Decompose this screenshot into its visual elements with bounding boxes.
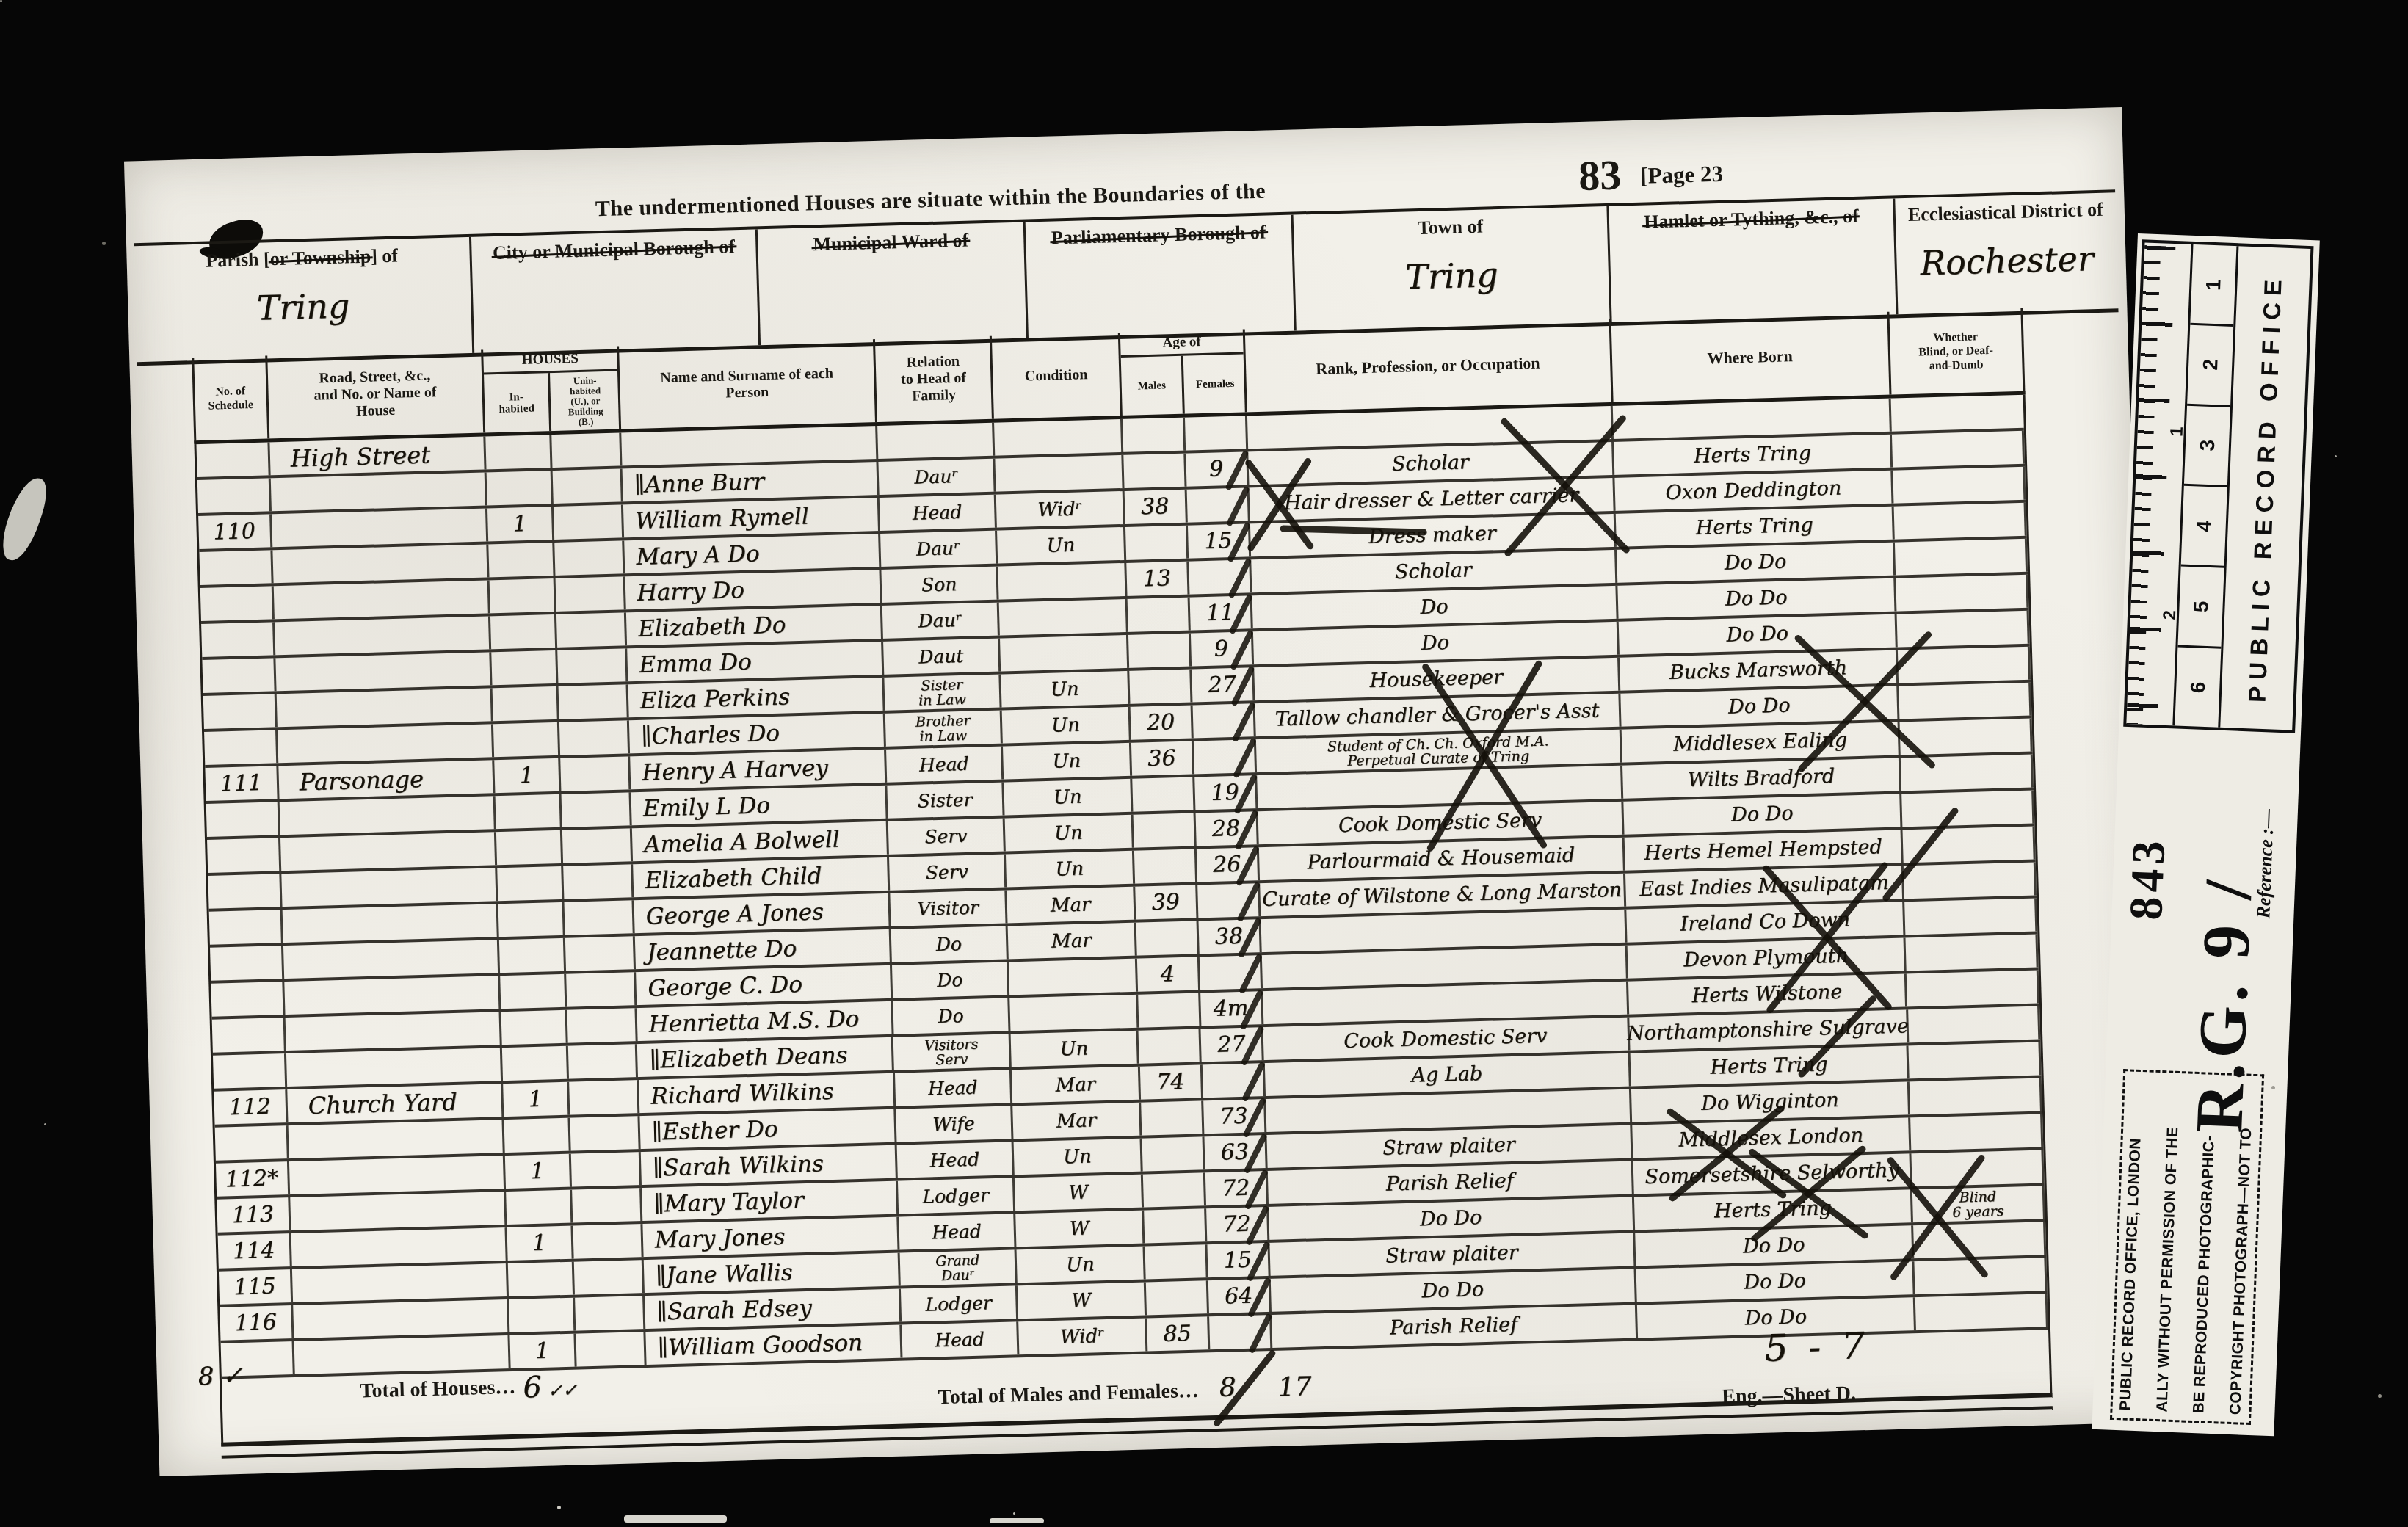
cell-name: ∥Anne Burr [622, 462, 879, 501]
cell-relation: Head [899, 1214, 1017, 1249]
cell-road [279, 796, 496, 835]
cell-age_m [1143, 1172, 1206, 1207]
cell-condition: Un [1002, 707, 1131, 744]
total-houses-value: 6✓✓ [523, 1370, 578, 1405]
cell-name: William Rymell [623, 498, 880, 537]
cell-age_m [1141, 1100, 1204, 1135]
cell-name: Emily L Do [631, 786, 888, 825]
cell-age_m [1145, 1244, 1208, 1279]
cell-relation: Visitor [890, 890, 1008, 926]
cell-born: Bucks Marsworth [1620, 650, 1899, 691]
cell-condition: Un [1003, 743, 1132, 780]
cell-age_m [1134, 813, 1197, 847]
film-edge-mark [990, 1518, 1044, 1523]
cell-infirmity [1909, 1042, 2042, 1078]
cell-schedule [215, 1125, 289, 1161]
col-header-females: Females [1183, 354, 1247, 413]
col-header-schedule: No. ofSchedule [194, 355, 269, 440]
cell-infirmity [1898, 647, 2031, 683]
col-header-males: Males [1121, 356, 1185, 416]
location-label: Hamlet or Tything, &c., of [1609, 204, 1894, 233]
cell-road [291, 1227, 507, 1266]
cell-inhabited [493, 722, 560, 757]
cell-uninhabited [576, 1332, 646, 1367]
cell-inhabited [490, 614, 557, 649]
cell-name: Elizabeth Child [633, 857, 890, 897]
cell-inhabited [500, 974, 567, 1009]
cell-road [293, 1299, 509, 1338]
cell-inhabited [498, 902, 565, 937]
cell-name: George C. Do [636, 965, 893, 1005]
cell-born: Herts Tring [1631, 1045, 1910, 1086]
cell-schedule: 112* [216, 1161, 290, 1197]
cell-age_m [1138, 993, 1201, 1027]
cell-infirmity [1911, 1114, 2044, 1150]
cell-age_m: 85 [1147, 1316, 1210, 1351]
cell-relation: Dauʳ [882, 603, 1001, 639]
cell-inhabited [497, 866, 564, 901]
cell-uninhabited [572, 1188, 642, 1223]
cell-uninhabited [559, 720, 630, 755]
location-label: Ecclesiastical District of [1895, 198, 2116, 226]
cell-uninhabited [561, 792, 631, 827]
cell-road [294, 1335, 510, 1374]
cell-relation: Serv [889, 854, 1007, 890]
cell-road [271, 472, 487, 511]
cell-infirmity [1910, 1078, 2042, 1114]
cell-uninhabited [568, 1044, 639, 1079]
cell-condition: Widʳ [996, 491, 1125, 528]
col-header-age-title: Age of [1120, 329, 1244, 358]
cell-uninhabited [556, 612, 627, 648]
cell-born: Herts Hemel Hempsted [1625, 830, 1904, 870]
cell-infirmity [1908, 1006, 2041, 1042]
cell-age_m [1136, 921, 1200, 955]
copyright-line: PUBLIC RECORD OFFICE, LONDON [2117, 1078, 2147, 1411]
cell-name: ∥Sarah Edsey [645, 1289, 902, 1329]
cell-age_m: 4 [1137, 957, 1200, 991]
cell-born [1613, 399, 1892, 439]
location-cell: Hamlet or Tything, &c., of [1609, 198, 1898, 322]
cell-schedule [210, 946, 284, 981]
cell-uninhabited [570, 1116, 640, 1151]
cell-road [281, 868, 498, 907]
cell-relation: Son [881, 567, 999, 603]
total-houses-label: Total of Houses… [251, 1376, 516, 1407]
cell-inhabited: 1 [510, 1334, 577, 1368]
cell-schedule [212, 1018, 286, 1053]
cell-inhabited [509, 1298, 576, 1332]
cell-inhabited [490, 578, 556, 613]
cell-relation: Wife [896, 1106, 1014, 1142]
cell-born: Oxon Deddington [1615, 471, 1894, 511]
cell-age_m: 20 [1131, 706, 1194, 740]
cell-name: Henry A Harvey [630, 750, 887, 789]
cell-relation [877, 423, 996, 459]
cell-condition: Un [997, 527, 1126, 564]
cell-condition [1009, 959, 1138, 995]
cell-relation: Head [895, 1070, 1013, 1106]
cell-uninhabited [574, 1260, 645, 1295]
cell-age_m [1144, 1208, 1207, 1243]
col-header-condition: Condition [992, 333, 1123, 419]
cell-infirmity [1907, 970, 2039, 1006]
location-cell: City or Municipal Borough of [471, 229, 761, 352]
cell-condition [996, 455, 1125, 492]
cell-condition: Un [1014, 1139, 1143, 1175]
cell-relation: Head [886, 747, 1004, 783]
cell-infirmity [1906, 935, 2039, 971]
cell-schedule [206, 802, 280, 837]
cell-schedule [209, 910, 283, 945]
cell-road [290, 1192, 507, 1230]
cell-uninhabited [552, 468, 623, 504]
cell-age_m: 38 [1125, 490, 1188, 524]
cell-infirmity [1892, 431, 2025, 468]
census-page: The undermentioned Houses are situate wi… [124, 107, 2157, 1476]
ruler-scale-cell: 4 [2181, 486, 2227, 568]
cell-road: Church Yard [287, 1084, 504, 1122]
cell-relation: Do [891, 926, 1009, 962]
location-label: Town of [1294, 212, 1608, 243]
cell-road [273, 580, 490, 619]
cell-inhabited [488, 543, 555, 577]
location-cell: Ecclesiastical District ofRochester [1895, 192, 2118, 314]
cell-infirmity [1893, 467, 2026, 504]
cell-infirmity [1915, 1258, 2048, 1294]
cell-name [621, 426, 878, 465]
cell-inhabited: 1 [505, 1154, 572, 1189]
cell-condition: Mar [1007, 887, 1136, 924]
cell-relation: Brotherin Law [885, 711, 1004, 747]
cell-name: ∥Elizabeth Deans [637, 1037, 894, 1077]
cell-road [283, 940, 500, 979]
cell-inhabited [485, 435, 552, 469]
cell-relation: Do [892, 962, 1010, 998]
cell-schedule: 115 [219, 1269, 293, 1305]
film-dust [0, 0, 2, 2]
cell-condition [998, 563, 1128, 600]
cell-inhabited: 1 [494, 758, 561, 793]
ruler-number: 2 [2160, 609, 2180, 620]
cell-schedule [196, 442, 270, 477]
copyright-line: BE REPRODUCED PHOTOGRAPHIC- [2190, 1081, 2220, 1414]
cell-schedule: 113 [217, 1197, 291, 1233]
cell-inhabited [501, 1010, 568, 1045]
cell-name: ∥William Goodson [645, 1325, 902, 1365]
cell-born: Do Do [1617, 543, 1896, 583]
cell-age_m [1125, 526, 1189, 560]
cell-infirmity [1899, 683, 2032, 719]
cell-inhabited: 1 [503, 1082, 570, 1117]
cell-inhabited [491, 650, 558, 685]
location-label: Parliamentary Borough of [1026, 221, 1292, 250]
cell-road [275, 652, 492, 691]
cell-road [289, 1156, 506, 1194]
microfilm-scan: The undermentioned Houses are situate wi… [0, 0, 2408, 1527]
ruler-scale-cell: 6 [2175, 648, 2221, 728]
cell-inhabited [506, 1190, 573, 1225]
cell-schedule [203, 694, 278, 729]
ruler-scale-cell: 1 [2190, 244, 2236, 327]
cell-infirmity [1902, 791, 2035, 827]
cell-name: Eliza Perkins [628, 678, 885, 717]
cell-road [272, 508, 488, 547]
cell-born: Do Do [1618, 578, 1897, 619]
cell-name: ∥Sarah Wilkins [640, 1145, 897, 1185]
cell-age_m [1142, 1136, 1205, 1171]
cell-uninhabited [571, 1152, 642, 1187]
col-header-name: Name and Surname of eachPerson [619, 339, 877, 429]
reference-piece: 843 [2119, 835, 2176, 921]
cell-age_m [1128, 634, 1192, 668]
cell-age_m [1139, 1029, 1202, 1063]
cell-schedule [208, 874, 282, 909]
cell-relation: Lodger [898, 1178, 1016, 1214]
cell-condition: Mar [1008, 923, 1137, 960]
cell-uninhabited [554, 540, 625, 576]
folio-number: 83 [1578, 150, 1622, 200]
cell-relation: Dauʳ [878, 459, 996, 495]
cell-name: ∥Mary Taylor [642, 1181, 899, 1221]
cell-age_f [1185, 416, 1248, 450]
film-edge-mark [624, 1515, 727, 1523]
cell-schedule [213, 1053, 287, 1089]
cell-inhabited: 1 [487, 507, 554, 541]
cell-name: Emma Do [627, 642, 884, 681]
cell-uninhabited [563, 864, 634, 899]
cell-schedule: 116 [220, 1305, 294, 1341]
cell-inhabited [499, 938, 566, 973]
cell-relation: Head [896, 1142, 1015, 1178]
location-cell: Municipal Ward of [758, 222, 1029, 345]
cell-born: Northamptonshire Sulgrave [1629, 1009, 1909, 1050]
cell-schedule: 114 [218, 1233, 292, 1269]
cell-condition [1000, 635, 1129, 672]
location-cell: Parliamentary Borough of [1026, 215, 1297, 338]
cell-age_m [1134, 849, 1197, 883]
cell-condition: Un [1017, 1247, 1146, 1283]
location-value: Rochester [1896, 238, 2117, 283]
cell-uninhabited [564, 900, 634, 935]
cell-relation: Head [902, 1321, 1020, 1357]
cell-uninhabited [567, 1008, 637, 1043]
cell-name: Mary Jones [642, 1217, 899, 1257]
cell-condition [994, 419, 1123, 456]
cell-born: Wilts Bradford [1622, 758, 1901, 798]
cell-age_m: 74 [1140, 1064, 1203, 1099]
ruler-scale-cell: 3 [2184, 405, 2230, 487]
cell-road [288, 1120, 504, 1158]
cell-road [285, 1012, 501, 1051]
cell-road [276, 688, 493, 727]
cell-infirmity [1901, 755, 2034, 791]
cell-name: Amelia A Bolwell [631, 821, 888, 861]
cell-condition [999, 599, 1128, 636]
cell-born: Do Do [1636, 1261, 1915, 1302]
col-header-occupation: Rank, Profession, or Occupation [1245, 319, 1613, 412]
cell-relation: Head [880, 495, 998, 531]
ruler-scale-cell: 2 [2187, 325, 2233, 407]
cell-infirmity [1905, 899, 2038, 935]
cell-age_m [1146, 1280, 1209, 1315]
cell-road: Parsonage [278, 760, 495, 799]
cell-age_m: 13 [1126, 562, 1189, 596]
cell-name: ∥Jane Wallis [643, 1253, 900, 1293]
copyright-line: ALLY WITHOUT PERMISSION OF THE [2153, 1080, 2183, 1412]
cell-road [272, 544, 489, 583]
page-number: [Page 23 [1639, 148, 1723, 189]
cell-age_m: 39 [1135, 885, 1198, 919]
cell-inhabited [502, 1046, 569, 1081]
location-label: Parish [or Township] of [134, 243, 470, 274]
cell-road [278, 724, 494, 763]
cell-relation: Serv [888, 818, 1007, 854]
cell-uninhabited [560, 756, 631, 791]
cell-condition: Un [1001, 671, 1131, 708]
cell-inhabited [496, 794, 562, 829]
margin-tally-note: 8 ✓ [197, 1361, 243, 1392]
cell-schedule [211, 982, 285, 1017]
cell-relation: VisitorsServ [893, 1034, 1012, 1070]
cell-road [275, 616, 491, 655]
cell-uninhabited [551, 432, 622, 468]
cell-born: Herts Tring [1616, 507, 1895, 547]
cell-name: ∥Esther Do [639, 1109, 896, 1149]
cell-road [282, 904, 498, 943]
copyright-notice: COPYRIGHT PHOTOGRAPH—NOT TOBE REPRODUCED… [2110, 1069, 2264, 1425]
cell-condition: Mar [1012, 1067, 1141, 1103]
cell-name: Harry Do [625, 570, 882, 609]
cell-relation: GrandDauʳ [899, 1249, 1018, 1285]
cell-age_m [1132, 777, 1195, 811]
cell-road [286, 1048, 503, 1087]
cell-infirmity [1915, 1294, 2048, 1330]
cell-born: Do Do [1624, 794, 1903, 834]
copyright-line: COPYRIGHT PHOTOGRAPH—NOT TO [2227, 1083, 2257, 1415]
cell-born: Ireland Co Down [1627, 902, 1906, 942]
cell-age_m [1123, 454, 1186, 488]
total-males-females-label: Total of Males and Females… [634, 1379, 1200, 1418]
cell-uninhabited [554, 504, 624, 540]
cell-name: Jeannette Do [634, 929, 891, 969]
sheet-label: Eng.—Sheet D. [1722, 1382, 1857, 1409]
cell-age_m [1123, 418, 1186, 452]
cell-road [292, 1263, 509, 1302]
cell-condition: Widʳ [1019, 1319, 1148, 1355]
cell-uninhabited [558, 684, 628, 719]
cell-inhabited: 1 [507, 1226, 574, 1261]
folio-block: 83 [Page 23 [1578, 148, 1724, 200]
col-header-relation: Relationto Head ofFamily [875, 336, 995, 422]
cell-condition: Mar [1013, 1103, 1142, 1139]
cell-uninhabited [565, 936, 636, 971]
cell-condition: Un [1004, 779, 1134, 816]
cell-name: George A Jones [634, 893, 891, 933]
cell-age_m: 36 [1131, 741, 1194, 776]
cell-name: Richard Wilkins [639, 1073, 896, 1113]
cell-infirmity [1891, 395, 2024, 432]
cell-road [280, 832, 497, 871]
cell-relation: Sister [887, 783, 1005, 819]
cell-born: Middlesex Ealing [1622, 722, 1901, 762]
cell-condition: Un [1005, 815, 1134, 852]
cell-road: High Street [269, 436, 486, 475]
location-cell: Parish [or Township] ofTring [134, 237, 474, 362]
cell-name: Henrietta M.S. Do [637, 1001, 893, 1041]
cell-relation: Lodger [901, 1285, 1019, 1321]
location-value: Tring [1294, 252, 1609, 300]
col-header-infirmity: WhetherBlind, or Deaf-and-Dumb [1889, 308, 2023, 395]
cell-relation: Dauʳ [880, 531, 998, 567]
cell-inhabited [508, 1262, 575, 1296]
cell-condition [1010, 995, 1139, 1031]
cell-name: ∥Charles Do [629, 714, 886, 753]
film-artifact [0, 473, 52, 565]
location-label: Municipal Ward of [758, 228, 1024, 258]
cell-schedule [202, 658, 276, 693]
cell-uninhabited [573, 1224, 643, 1259]
cell-inhabited [496, 830, 563, 865]
col-header-inhabited: In-habited [484, 373, 551, 432]
cell-schedule [197, 478, 272, 513]
cell-condition: W [1018, 1283, 1147, 1319]
cell-road [284, 976, 501, 1015]
cell-relation: Sisterin Law [884, 675, 1002, 711]
cell-condition: W [1015, 1175, 1144, 1211]
cell-uninhabited [575, 1296, 645, 1331]
cell-name: Mary A Do [624, 534, 881, 573]
cell-age_m [1129, 670, 1192, 704]
ruler-scale-cell: 5 [2177, 567, 2224, 649]
census-table: High Street∥Anne BurrDauʳ9ScholarHerts T… [194, 395, 2050, 1379]
cell-infirmity [1895, 539, 2028, 576]
cell-born: Do Do [1636, 1225, 1915, 1266]
cell-born: Herts Tring [1614, 435, 1893, 475]
enumerator-corner-note: 5 - 7 [1764, 1324, 1870, 1370]
cell-infirmity [1904, 863, 2037, 899]
ruler-number: 1 [2166, 427, 2187, 437]
cell-schedule [207, 838, 281, 873]
cell-condition: Un [1006, 851, 1135, 888]
col-header-uninhabited: Unin-habited(U.), orBuilding(B.) [550, 371, 621, 431]
cell-schedule [200, 586, 275, 621]
cell-schedule: 110 [198, 514, 272, 549]
cell-uninhabited [555, 576, 625, 612]
cell-born: Do Do [1619, 614, 1898, 655]
ruler-box: 1 2 123456 PUBLIC RECORD OFFICE [2123, 239, 2313, 733]
cell-uninhabited [562, 828, 633, 863]
cell-infirmity [1894, 503, 2027, 540]
cell-infirmity [1896, 575, 2029, 612]
cell-condition: Un [1011, 1031, 1140, 1067]
cell-relation: Do [893, 998, 1011, 1034]
cell-inhabited [487, 471, 554, 505]
cell-born: Devon Plymouth [1628, 937, 1907, 978]
cell-condition: W [1016, 1211, 1145, 1247]
cell-schedule [199, 550, 273, 585]
cell-uninhabited [569, 1080, 639, 1115]
location-cell: Town ofTring [1294, 206, 1612, 331]
cell-schedule: 112 [214, 1089, 288, 1125]
cell-inhabited [504, 1118, 571, 1153]
cell-inhabited [493, 686, 559, 721]
tally-marks-layer [124, 107, 2122, 162]
col-header-age: Age of Males Females [1120, 329, 1247, 416]
cell-name: Elizabeth Do [626, 606, 883, 645]
cell-schedule [201, 622, 275, 657]
location-value: Tring [135, 283, 471, 331]
